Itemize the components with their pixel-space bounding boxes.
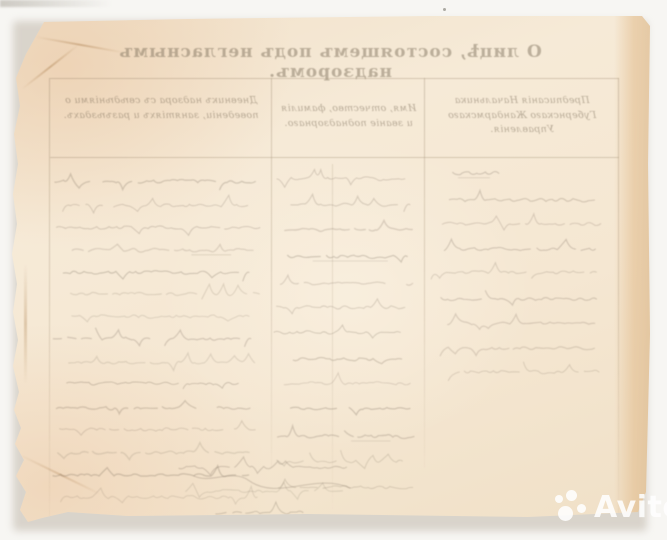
avito-watermark: Avito [552,489,667,523]
handwriting-bleed [8,14,650,530]
mirrored-bleedthrough-content: О лицѣ, состоящемъ подъ негласнымъ надзо… [8,14,650,530]
avito-logo-dots-icon [552,489,588,523]
photo-scene: О лицѣ, состоящемъ подъ негласнымъ надзо… [0,0,667,540]
avito-logo-text: Avito [594,493,667,523]
scan-smudge [0,0,112,7]
dust-speck [443,8,446,11]
document-paper: О лицѣ, состоящемъ подъ негласнымъ надзо… [8,14,650,530]
